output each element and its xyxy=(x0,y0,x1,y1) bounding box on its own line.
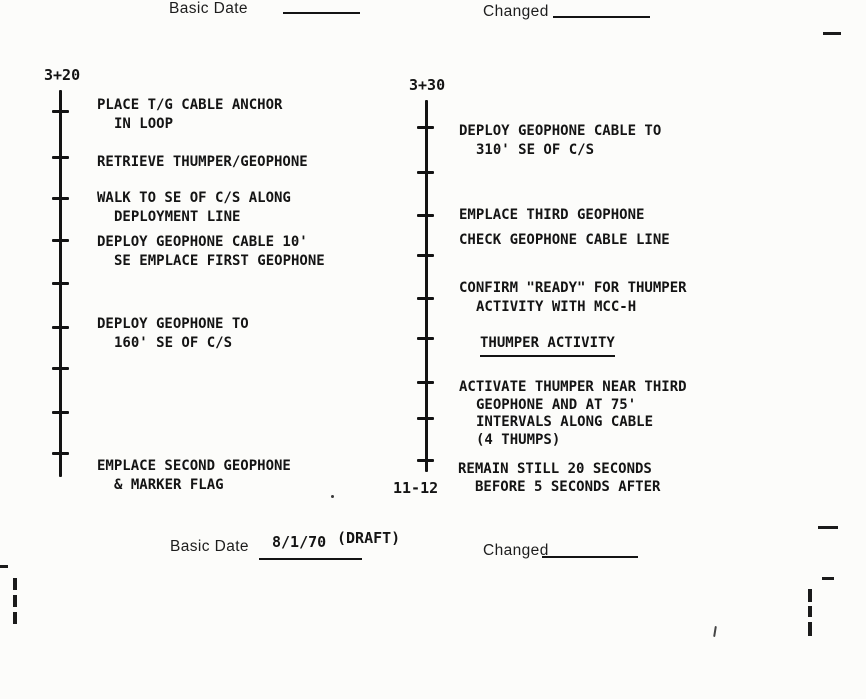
task-line: DEPLOY GEOPHONE TO xyxy=(97,315,249,334)
timeline-tick xyxy=(52,367,69,370)
task-deploy-geophone-160: DEPLOY GEOPHONE TO 160' SE OF C/S xyxy=(97,315,249,353)
timeline-tick xyxy=(52,411,69,414)
footer-basic-date-label: Basic Date xyxy=(170,538,249,556)
task-line: ACTIVATE THUMPER NEAR THIRD xyxy=(459,379,687,397)
task-line: 310' SE OF C/S xyxy=(476,141,661,160)
task-check-geophone-cable-line: CHECK GEOPHONE CABLE LINE xyxy=(459,231,670,250)
task-line: 160' SE OF C/S xyxy=(114,334,249,353)
page-continuation-label: 11-12 xyxy=(393,479,438,497)
timeline-tick xyxy=(417,337,434,340)
edge-mark xyxy=(823,32,841,35)
scan-artifact xyxy=(713,626,717,637)
footer-changed-label: Changed xyxy=(483,542,549,560)
timeline-tick xyxy=(52,326,69,329)
task-line: RETRIEVE THUMPER/GEOPHONE xyxy=(97,153,308,172)
task-line: PLACE T/G CABLE ANCHOR xyxy=(97,96,282,115)
header-basic-date-blank-line xyxy=(283,0,360,14)
registration-mark xyxy=(13,612,17,624)
task-line: INTERVALS ALONG CABLE xyxy=(476,414,687,432)
timeline-tick xyxy=(417,214,434,217)
edge-mark xyxy=(822,577,834,580)
task-line: SE EMPLACE FIRST GEOPHONE xyxy=(114,252,325,271)
header-changed-blank-line xyxy=(553,3,650,18)
edge-mark xyxy=(0,565,8,568)
task-line: GEOPHONE AND AT 75' xyxy=(476,397,687,415)
task-line: CONFIRM "READY" FOR THUMPER xyxy=(459,279,687,298)
task-line: (4 THUMPS) xyxy=(476,432,687,450)
task-deploy-geophone-cable-310: DEPLOY GEOPHONE CABLE TO 310' SE OF C/S xyxy=(459,122,661,160)
task-line: CHECK GEOPHONE CABLE LINE xyxy=(459,231,670,250)
time-label-3plus20: 3+20 xyxy=(44,66,80,84)
footer-draft-note: (DRAFT) xyxy=(337,529,400,548)
scan-artifact xyxy=(331,495,334,498)
registration-mark xyxy=(808,622,812,636)
timeline-document-page: Basic Date Changed 3+20 PLACE T/G CABLE … xyxy=(0,0,866,699)
task-retrieve-thumper-geophone: RETRIEVE THUMPER/GEOPHONE xyxy=(97,153,308,172)
timeline-tick xyxy=(417,459,434,462)
task-line: EMPLACE THIRD GEOPHONE xyxy=(459,206,644,225)
task-remain-still: REMAIN STILL 20 SECONDS BEFORE 5 SECONDS… xyxy=(458,460,660,496)
timeline-tick xyxy=(417,297,434,300)
registration-mark xyxy=(808,589,812,602)
timeline-tick xyxy=(52,197,69,200)
task-confirm-ready: CONFIRM "READY" FOR THUMPER ACTIVITY WIT… xyxy=(459,279,687,317)
task-line: DEPLOY GEOPHONE CABLE 10' xyxy=(97,233,325,252)
registration-mark xyxy=(13,578,17,590)
task-line: DEPLOY GEOPHONE CABLE TO xyxy=(459,122,661,141)
task-line: & MARKER FLAG xyxy=(114,476,291,495)
task-line: EMPLACE SECOND GEOPHONE xyxy=(97,457,291,476)
timeline-tick xyxy=(52,282,69,285)
task-line: WALK TO SE OF C/S ALONG xyxy=(97,189,291,208)
task-emplace-second-geophone: EMPLACE SECOND GEOPHONE & MARKER FLAG xyxy=(97,457,291,495)
header-basic-date-label: Basic Date xyxy=(169,0,248,18)
time-label-3plus30: 3+30 xyxy=(409,76,445,94)
heading-thumper-activity: THUMPER ACTIVITY xyxy=(480,334,615,357)
timeline-tick xyxy=(417,171,434,174)
registration-mark xyxy=(13,595,17,607)
timeline-tick xyxy=(417,126,434,129)
timeline-tick xyxy=(417,254,434,257)
footer-changed-blank-line xyxy=(542,542,638,558)
task-place-tg-cable-anchor: PLACE T/G CABLE ANCHOR IN LOOP xyxy=(97,96,282,134)
registration-mark xyxy=(808,606,812,617)
task-line: DEPLOYMENT LINE xyxy=(114,208,291,227)
task-activate-thumper: ACTIVATE THUMPER NEAR THIRD GEOPHONE AND… xyxy=(459,379,687,449)
timeline-tick xyxy=(52,156,69,159)
task-line: IN LOOP xyxy=(114,115,282,134)
timeline-tick xyxy=(52,452,69,455)
task-line: ACTIVITY WITH MCC-H xyxy=(476,298,687,317)
task-deploy-geophone-cable-10: DEPLOY GEOPHONE CABLE 10' SE EMPLACE FIR… xyxy=(97,233,325,271)
timeline-tick xyxy=(52,110,69,113)
task-line: BEFORE 5 SECONDS AFTER xyxy=(475,478,660,496)
timeline-tick xyxy=(417,381,434,384)
timeline-tick xyxy=(52,239,69,242)
timeline-tick xyxy=(417,417,434,420)
edge-mark xyxy=(818,526,838,529)
task-emplace-third-geophone: EMPLACE THIRD GEOPHONE xyxy=(459,206,644,225)
header-changed-label: Changed xyxy=(483,3,549,21)
task-line: THUMPER ACTIVITY xyxy=(480,334,615,357)
task-walk-to-se: WALK TO SE OF C/S ALONG DEPLOYMENT LINE xyxy=(97,189,291,227)
task-line: REMAIN STILL 20 SECONDS xyxy=(458,460,660,478)
